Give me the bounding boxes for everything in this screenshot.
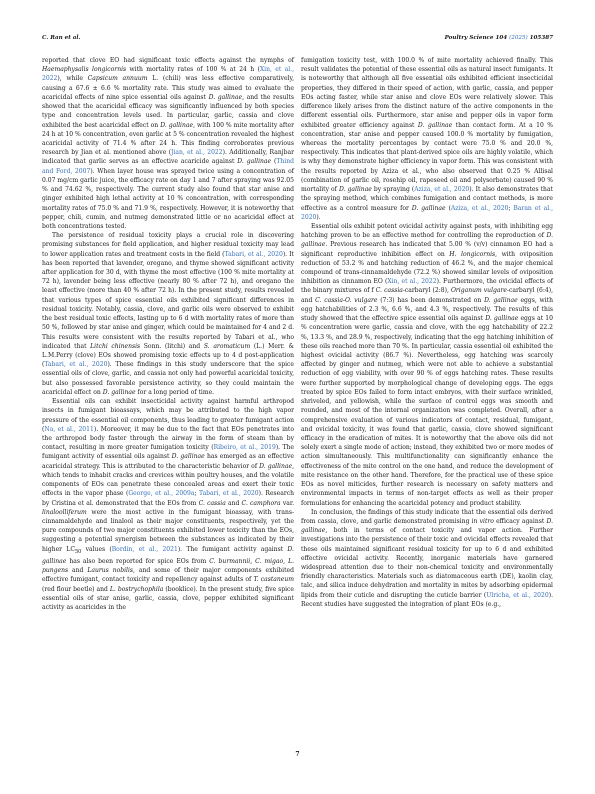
paragraph: In conclusion, the findings of this stud… (301, 508, 553, 609)
citation-link[interactable]: Jian, et al., 2022 (171, 149, 223, 156)
citation-link[interactable]: Ribeiro, et al., 2019 (214, 444, 276, 451)
citation-link[interactable]: Xin, et al., 2022 (387, 278, 436, 285)
paragraph: The persistence of residual toxicity pla… (42, 231, 294, 397)
header-citation: Poultry Science 104 (2025) 105387 (445, 35, 553, 41)
citation-link[interactable]: Bordin, et al., 2021 (112, 546, 178, 553)
page-number: 7 (0, 751, 595, 758)
paragraph: reported that clove EO had significant t… (42, 56, 294, 231)
right-column: fumigation toxicity test, with 100.0 % o… (301, 56, 553, 609)
citation-link[interactable]: Tabari, et al., 2020 (225, 251, 283, 258)
citation-link[interactable]: Ulricha, et al., 2020 (486, 592, 549, 599)
citation-link[interactable]: Aziza, et al., 2020 (451, 205, 509, 212)
citation-link[interactable]: Aziza, et al., 2020 (414, 186, 469, 193)
header-year: (2025) (509, 35, 528, 41)
citation-link[interactable]: George, et al., 2009a (128, 490, 194, 497)
paragraph: Essential oils can exhibit insecticidal … (42, 397, 294, 612)
left-column: reported that clove EO had significant t… (42, 56, 294, 612)
paragraph: fumigation toxicity test, with 100.0 % o… (301, 56, 553, 222)
header-authors: C. Ran et al. (42, 35, 80, 41)
citation-link[interactable]: Tabari, et al., 2020 (199, 490, 259, 497)
citation-link[interactable]: Na, et al., 2011 (44, 426, 93, 433)
citation-link[interactable]: Tabari, et al., 2020 (44, 361, 107, 368)
paragraph: Essential oils exhibit potent ovicidal a… (301, 222, 553, 508)
running-header: C. Ran et al. Poultry Science 104 (2025)… (42, 35, 553, 45)
